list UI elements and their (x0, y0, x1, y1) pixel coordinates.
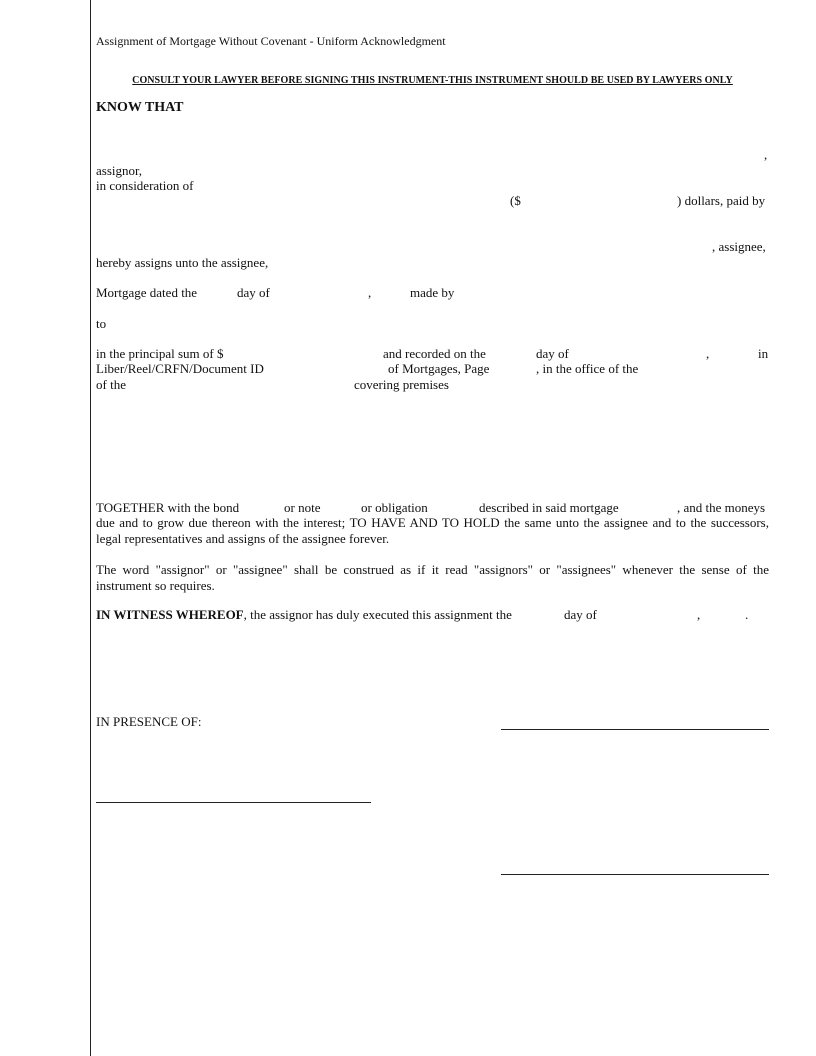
recorded-day-of-label: day of (536, 346, 569, 361)
assignor-name-comma: , (764, 147, 767, 162)
to-label: to (96, 316, 106, 331)
in-office-label: , in the office of the (536, 361, 638, 376)
assignor-label: assignor, (96, 163, 142, 178)
covering-premises-label: covering premises (354, 377, 449, 392)
recorded-on-label: and recorded on the (383, 346, 486, 361)
mortgage-dated-label: Mortgage dated the (96, 285, 197, 300)
assignee-label: , assignee, (712, 239, 766, 254)
document-header-title: Assignment of Mortgage Without Covenant … (96, 34, 446, 49)
lawyer-warning: CONSULT YOUR LAWYER BEFORE SIGNING THIS … (96, 73, 769, 88)
in-presence-of: IN PRESENCE OF: (96, 714, 201, 729)
dollar-amount-open: ($ (510, 193, 521, 208)
in-label: in (758, 346, 768, 361)
of-the-label: of the (96, 377, 126, 392)
or-obligation: or obligation (361, 500, 428, 515)
principal-sum-label: in the principal sum of $ (96, 346, 223, 361)
witness-comma: , (697, 607, 700, 622)
and-the-moneys: , and the moneys (677, 500, 765, 515)
construction-clause: The word "assignor" or "assignee" shall … (96, 562, 769, 593)
witness-heading: IN WITNESS WHEREOF (96, 607, 244, 622)
of-mortgages-page-label: of Mortgages, Page (388, 361, 489, 376)
witness-day-of: day of (564, 607, 597, 622)
witness-text: , the assignor has duly executed this as… (244, 607, 512, 622)
date-comma: , (368, 285, 371, 300)
together-bond: TOGETHER with the bond (96, 500, 239, 515)
witness-signature-line[interactable] (96, 802, 371, 803)
know-that-heading: KNOW THAT (96, 100, 184, 115)
assignor-signature-line-2[interactable] (501, 874, 769, 875)
made-by-label: made by (410, 285, 454, 300)
together-clause: due and to grow due thereon with the int… (96, 515, 769, 546)
described-in-mortgage: described in said mortgage (479, 500, 619, 515)
recorded-date-comma: , (706, 346, 709, 361)
day-of-label: day of (237, 285, 270, 300)
dollars-paid-by: ) dollars, paid by (677, 193, 765, 208)
or-note: or note (284, 500, 320, 515)
assignor-signature-line-1[interactable] (501, 729, 769, 730)
consideration-label: in consideration of (96, 178, 193, 193)
liber-label: Liber/Reel/CRFN/Document ID (96, 361, 264, 376)
witness-period: . (745, 607, 748, 622)
hereby-assigns: hereby assigns unto the assignee, (96, 255, 268, 270)
page-margin-line (90, 0, 91, 1056)
witness-clause: IN WITNESS WHEREOF, the assignor has dul… (96, 607, 512, 622)
